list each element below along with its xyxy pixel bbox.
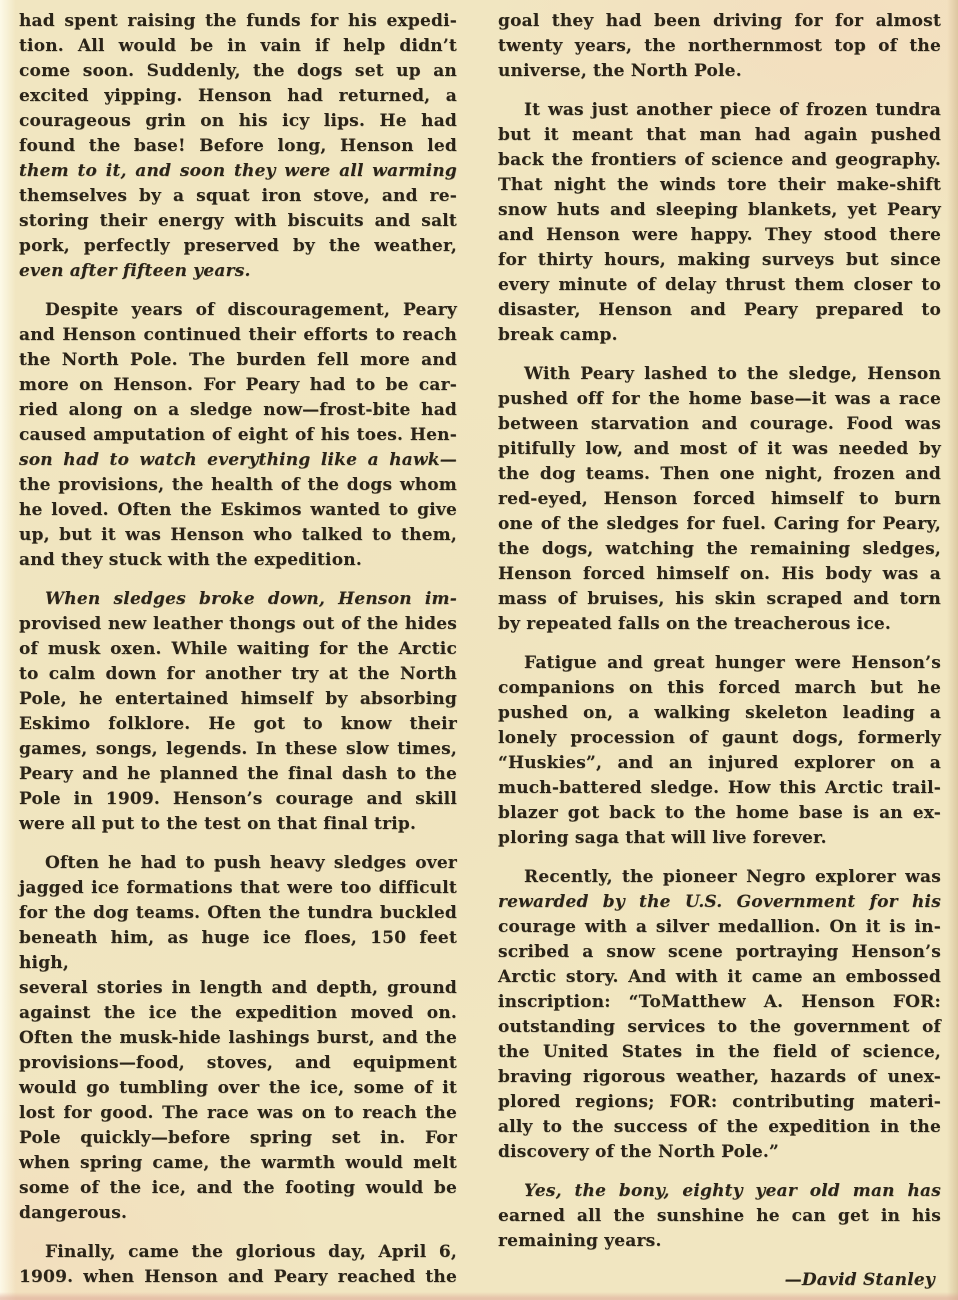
text-line: and Henson continued their efforts to re… <box>19 323 457 348</box>
text-line: excited yipping. Henson had returned, a <box>19 84 457 109</box>
text-line: but it meant that man had again pushed <box>498 123 941 148</box>
text-line: snow huts and sleeping blankets, yet Pea… <box>498 198 941 223</box>
text-line: them to it, and soon they were all warmi… <box>19 159 457 184</box>
paragraph: Finally, came the glorious day, April 6,… <box>19 1240 457 1290</box>
text-line: break camp. <box>498 323 941 348</box>
text-line: lonely procession of gaunt dogs, formerl… <box>498 726 941 751</box>
text-line: some of the ice, and the footing would b… <box>19 1176 457 1201</box>
text-line: found the base! Before long, Henson led <box>19 134 457 159</box>
text-line: to calm down for another try at the Nort… <box>19 662 457 687</box>
text-line: he loved. Often the Eskimos wanted to gi… <box>19 498 457 523</box>
text-line: for the dog teams. Often the tundra buck… <box>19 901 457 926</box>
text-line: ried along on a sledge now—frost-bite ha… <box>19 398 457 423</box>
paragraph: Fatigue and great hunger were Henson’sco… <box>498 651 941 851</box>
text-line: blazer got back to the home base is an e… <box>498 801 941 826</box>
text-line: outstanding services to the government o… <box>498 1015 941 1040</box>
text-line: When sledges broke down, Henson im- <box>19 587 457 612</box>
text-line: Fatigue and great hunger were Henson’s <box>498 651 941 676</box>
text-line: one of the sledges for fuel. Caring for … <box>498 512 941 537</box>
text-line: themselves by a squat iron stove, and re… <box>19 184 457 209</box>
text-line: pork, perfectly preserved by the weather… <box>19 234 457 259</box>
text-line: It was just another piece of frozen tund… <box>498 98 941 123</box>
text-line: much-battered sledge. How this Arctic tr… <box>498 776 941 801</box>
text-column-right: goal they had been driving for for almos… <box>498 9 941 1293</box>
paragraph: With Peary lashed to the sledge, Hensonp… <box>498 362 941 637</box>
text-line: storing their energy with biscuits and s… <box>19 209 457 234</box>
text-line: goal they had been driving for for almos… <box>498 9 941 34</box>
text-line: plored regions; FOR: contributing materi… <box>498 1090 941 1115</box>
text-line: up, but it was Henson who talked to them… <box>19 523 457 548</box>
text-line: games, songs, legends. In these slow tim… <box>19 737 457 762</box>
text-line: remaining years. <box>498 1229 941 1254</box>
text-line: mass of bruises, his skin scraped and to… <box>498 587 941 612</box>
text-line: were all put to the test on that final t… <box>19 812 457 837</box>
text-line: twenty years, the northernmost top of th… <box>498 34 941 59</box>
paragraph: When sledges broke down, Henson im-provi… <box>19 587 457 837</box>
text-line: and Henson were happy. They stood there <box>498 223 941 248</box>
text-line: against the ice the expedition moved on. <box>19 1001 457 1026</box>
text-line: the provisions, the health of the dogs w… <box>19 473 457 498</box>
text-line: Despite years of discouragement, Peary <box>19 298 457 323</box>
text-line: caused amputation of eight of his toes. … <box>19 423 457 448</box>
text-line: and they stuck with the expedition. <box>19 548 457 573</box>
text-line: courage with a silver medallion. On it i… <box>498 915 941 940</box>
text-line: son had to watch everything like a hawk— <box>19 448 457 473</box>
text-line: more on Henson. For Peary had to be car- <box>19 373 457 398</box>
text-line: companions on this forced march but he <box>498 676 941 701</box>
text-line: universe, the North Pole. <box>498 59 941 84</box>
text-line: jagged ice formations that were too diff… <box>19 876 457 901</box>
text-line: Arctic story. And with it came an emboss… <box>498 965 941 990</box>
paragraph: It was just another piece of frozen tund… <box>498 98 941 348</box>
text-line: discovery of the North Pole.” <box>498 1140 941 1165</box>
text-line: back the frontiers of science and geogra… <box>498 148 941 173</box>
text-line: That night the winds tore their make-shi… <box>498 173 941 198</box>
text-line: pushed off for the home base—it was a ra… <box>498 387 941 412</box>
story-page: had spent raising the funds for his expe… <box>0 0 958 1300</box>
text-line: even after fifteen years. <box>19 259 457 284</box>
paragraph: had spent raising the funds for his expe… <box>19 9 457 284</box>
text-line: the North Pole. The burden fell more and <box>19 348 457 373</box>
paragraph: Recently, the pioneer Negro explorer was… <box>498 865 941 1165</box>
text-line: dangerous. <box>19 1201 457 1226</box>
text-line: Eskimo folklore. He got to know their <box>19 712 457 737</box>
text-line: come soon. Suddenly, the dogs set up an <box>19 59 457 84</box>
text-line: Yes, the bony, eighty year old man has <box>498 1179 941 1204</box>
text-line: when spring came, the warmth would melt <box>19 1151 457 1176</box>
text-line: between starvation and courage. Food was <box>498 412 941 437</box>
text-line: ally to the success of the expedition in… <box>498 1115 941 1140</box>
text-line: 1909. when Henson and Peary reached the <box>19 1265 457 1290</box>
text-line: earned all the sunshine he can get in hi… <box>498 1204 941 1229</box>
text-line: of musk oxen. While waiting for the Arct… <box>19 637 457 662</box>
text-line: Pole quickly—before spring set in. For <box>19 1126 457 1151</box>
text-line: Often the musk-hide lashings burst, and … <box>19 1026 457 1051</box>
text-line: courageous grin on his icy lips. He had <box>19 109 457 134</box>
text-line: the dogs, watching the remaining sledges… <box>498 537 941 562</box>
text-line: provisions—food, stoves, and equipment <box>19 1051 457 1076</box>
paragraph: Often he had to push heavy sledges overj… <box>19 851 457 1226</box>
text-line: the dog teams. Then one night, frozen an… <box>498 462 941 487</box>
paragraph: goal they had been driving for for almos… <box>498 9 941 84</box>
text-line: by repeated falls on the treacherous ice… <box>498 612 941 637</box>
text-line: Henson forced himself on. His body was a <box>498 562 941 587</box>
text-line: pushed on, a walking skeleton leading a <box>498 701 941 726</box>
text-line: Pole in 1909. Henson’s courage and skill <box>19 787 457 812</box>
text-line: every minute of delay thrust them closer… <box>498 273 941 298</box>
text-line: the United States in the field of scienc… <box>498 1040 941 1065</box>
text-line: had spent raising the funds for his expe… <box>19 9 457 34</box>
text-line: Recently, the pioneer Negro explorer was <box>498 865 941 890</box>
text-line: “Huskies”, and an injured explorer on a <box>498 751 941 776</box>
text-line: Pole, he entertained himself by absorbin… <box>19 687 457 712</box>
text-line: tion. All would be in vain if help didn’… <box>19 34 457 59</box>
text-line: lost for good. The race was on to reach … <box>19 1101 457 1126</box>
paragraph: Yes, the bony, eighty year old man hasea… <box>498 1179 941 1254</box>
text-line: rewarded by the U.S. Government for his <box>498 890 941 915</box>
text-line: pitifully low, and most of it was needed… <box>498 437 941 462</box>
text-line: red-eyed, Henson forced himself to burn <box>498 487 941 512</box>
text-line: Finally, came the glorious day, April 6, <box>19 1240 457 1265</box>
byline: —David Stanley <box>498 1268 941 1293</box>
text-line: several stories in length and depth, gro… <box>19 976 457 1001</box>
text-line: provised new leather thongs out of the h… <box>19 612 457 637</box>
text-line: Often he had to push heavy sledges over <box>19 851 457 876</box>
text-line: braving rigorous weather, hazards of une… <box>498 1065 941 1090</box>
text-line: disaster, Henson and Peary prepared to <box>498 298 941 323</box>
text-line: ploring saga that will live forever. <box>498 826 941 851</box>
text-line: inscription: “ToMatthew A. Henson FOR: <box>498 990 941 1015</box>
text-line: for thirty hours, making surveys but sin… <box>498 248 941 273</box>
text-line: —David Stanley <box>498 1268 941 1293</box>
text-line: With Peary lashed to the sledge, Henson <box>498 362 941 387</box>
text-line: would go tumbling over the ice, some of … <box>19 1076 457 1101</box>
paragraph: Despite years of discouragement, Pearyan… <box>19 298 457 573</box>
text-line: beneath him, as huge ice floes, 150 feet… <box>19 926 457 976</box>
text-column-left: had spent raising the funds for his expe… <box>19 9 457 1293</box>
text-columns: had spent raising the funds for his expe… <box>0 0 958 1293</box>
text-line: scribed a snow scene portraying Henson’s <box>498 940 941 965</box>
text-line: Peary and he planned the final dash to t… <box>19 762 457 787</box>
